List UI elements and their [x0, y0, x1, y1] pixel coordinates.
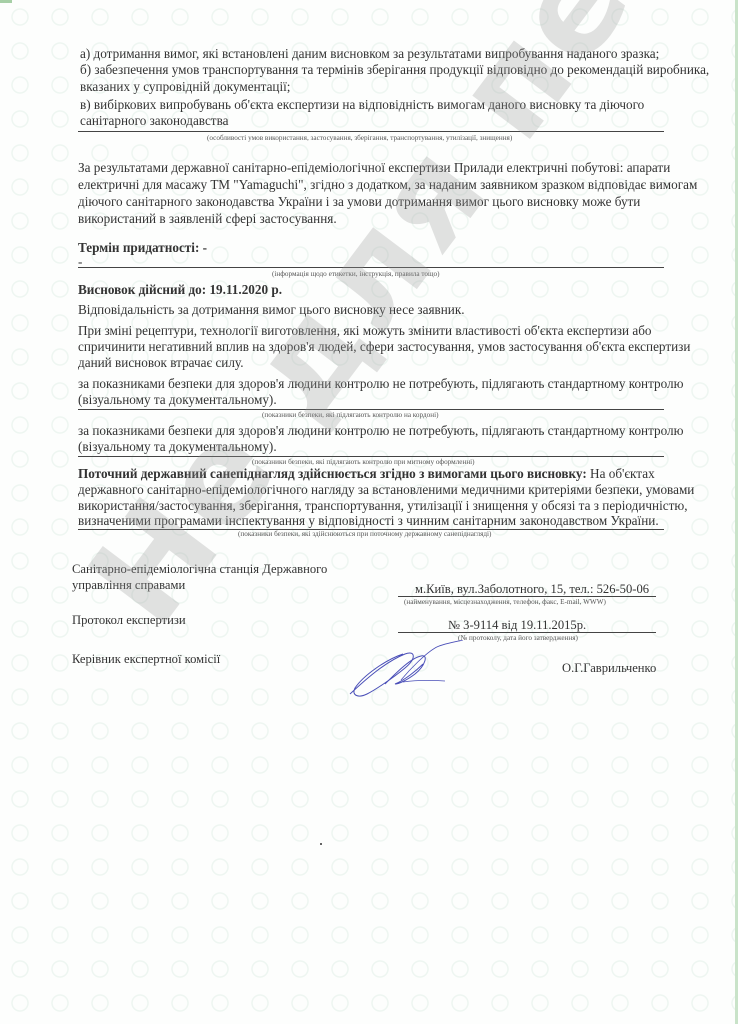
- shelf-life-label-text: Термін придатності: -: [78, 240, 207, 255]
- conditions-caption: (особливості умов використання, застосув…: [207, 134, 512, 142]
- supervision-caption: (показники безпеки, які здійснюються при…: [238, 530, 491, 538]
- protocol-number: № 3-9114 від 19.11.2015р.: [448, 617, 586, 633]
- border-control-line2: (візуальному та документальному).: [78, 392, 277, 408]
- supervision-line1: Поточний державний санепіднагляд здійсню…: [78, 466, 655, 482]
- supervision-heading: Поточний державний санепіднагляд здійсню…: [78, 466, 587, 481]
- supervision-line1-rest: На об'єктах: [587, 466, 655, 481]
- border-control-line1: за показниками безпеки для здоров'я люди…: [78, 376, 684, 392]
- head-name: О.Г.Гаврильченко: [562, 660, 656, 676]
- org-address: м.Київ, вул.Заболотного, 15, тел.: 526-5…: [415, 581, 649, 597]
- validity-label: Висновок дійсний до: 19.11.2020 р.: [78, 282, 282, 298]
- address-rule: [398, 596, 656, 597]
- condition-b-line2: вказаних у супровідній документації;: [80, 79, 290, 95]
- validity-label-text: Висновок дійсний до: 19.11.2020 р.: [78, 282, 282, 297]
- protocol-label: Протокол експертизи: [72, 612, 186, 628]
- shelf-life-caption: (інформація щодо етикетки, інструкція, п…: [272, 270, 440, 278]
- condition-a: а) дотримання вимог, які встановлені дан…: [80, 46, 659, 62]
- speck: [320, 843, 322, 845]
- conclusion-line2: електричні для масажу ТМ "Yamaguchi", зг…: [78, 177, 697, 193]
- supervision-line4: визначеними програмами інспектування у в…: [78, 513, 659, 529]
- org-name-line2: управління справами: [72, 577, 185, 593]
- change-line3: даний висновок втрачає силу.: [78, 355, 244, 371]
- border-control-rule: [78, 409, 664, 410]
- customs-control-line1: за показниками безпеки для здоров'я люди…: [78, 423, 684, 439]
- supervision-line2: державного санітарно-епідеміологічного н…: [78, 482, 694, 498]
- border-control-caption: (показники безпеки, які підлягають контр…: [262, 411, 439, 419]
- customs-control-rule: [78, 456, 664, 457]
- signature: [345, 640, 465, 700]
- customs-control-line2: (візуальному та документальному).: [78, 439, 277, 455]
- head-label: Керівник експертної комісії: [72, 651, 220, 667]
- protocol-caption: (№ протоколу, дата його затвердження): [458, 634, 578, 642]
- conclusion-line3: діючого санітарного законодавства Україн…: [78, 194, 640, 210]
- condition-c-line2: санітарного законодавства: [80, 113, 228, 129]
- responsibility-text: Відповідальність за дотримання вимог цьо…: [78, 302, 465, 318]
- shelf-life-label: Термін придатності: -: [78, 240, 207, 256]
- condition-b-line1: б) забезпечення умов транспортування та …: [80, 62, 709, 78]
- change-line1: При зміні рецептури, технології виготовл…: [78, 323, 652, 339]
- supervision-line3: використання/застосування, зберігання, т…: [78, 498, 688, 514]
- customs-control-caption: (показники безпеки, які підлягають контр…: [252, 458, 475, 466]
- protocol-rule: [398, 632, 656, 633]
- address-caption: (найменування, місцезнаходження, телефон…: [404, 598, 606, 606]
- conditions-rule: [78, 131, 664, 132]
- org-name-line1: Санітарно-епідеміологічна станція Держав…: [72, 561, 327, 577]
- page-corner: [0, 0, 12, 3]
- shelf-life-rule: [78, 267, 664, 268]
- change-line2: спричинити негативний вплив на здоров'я …: [78, 339, 690, 355]
- conclusion-line1: За результатами державної санітарно-епід…: [78, 160, 670, 176]
- conclusion-line4: використаний в заявленій сфері застосува…: [78, 211, 337, 227]
- condition-c-line1: в) вибіркових випробувань об'єкта експер…: [80, 97, 644, 113]
